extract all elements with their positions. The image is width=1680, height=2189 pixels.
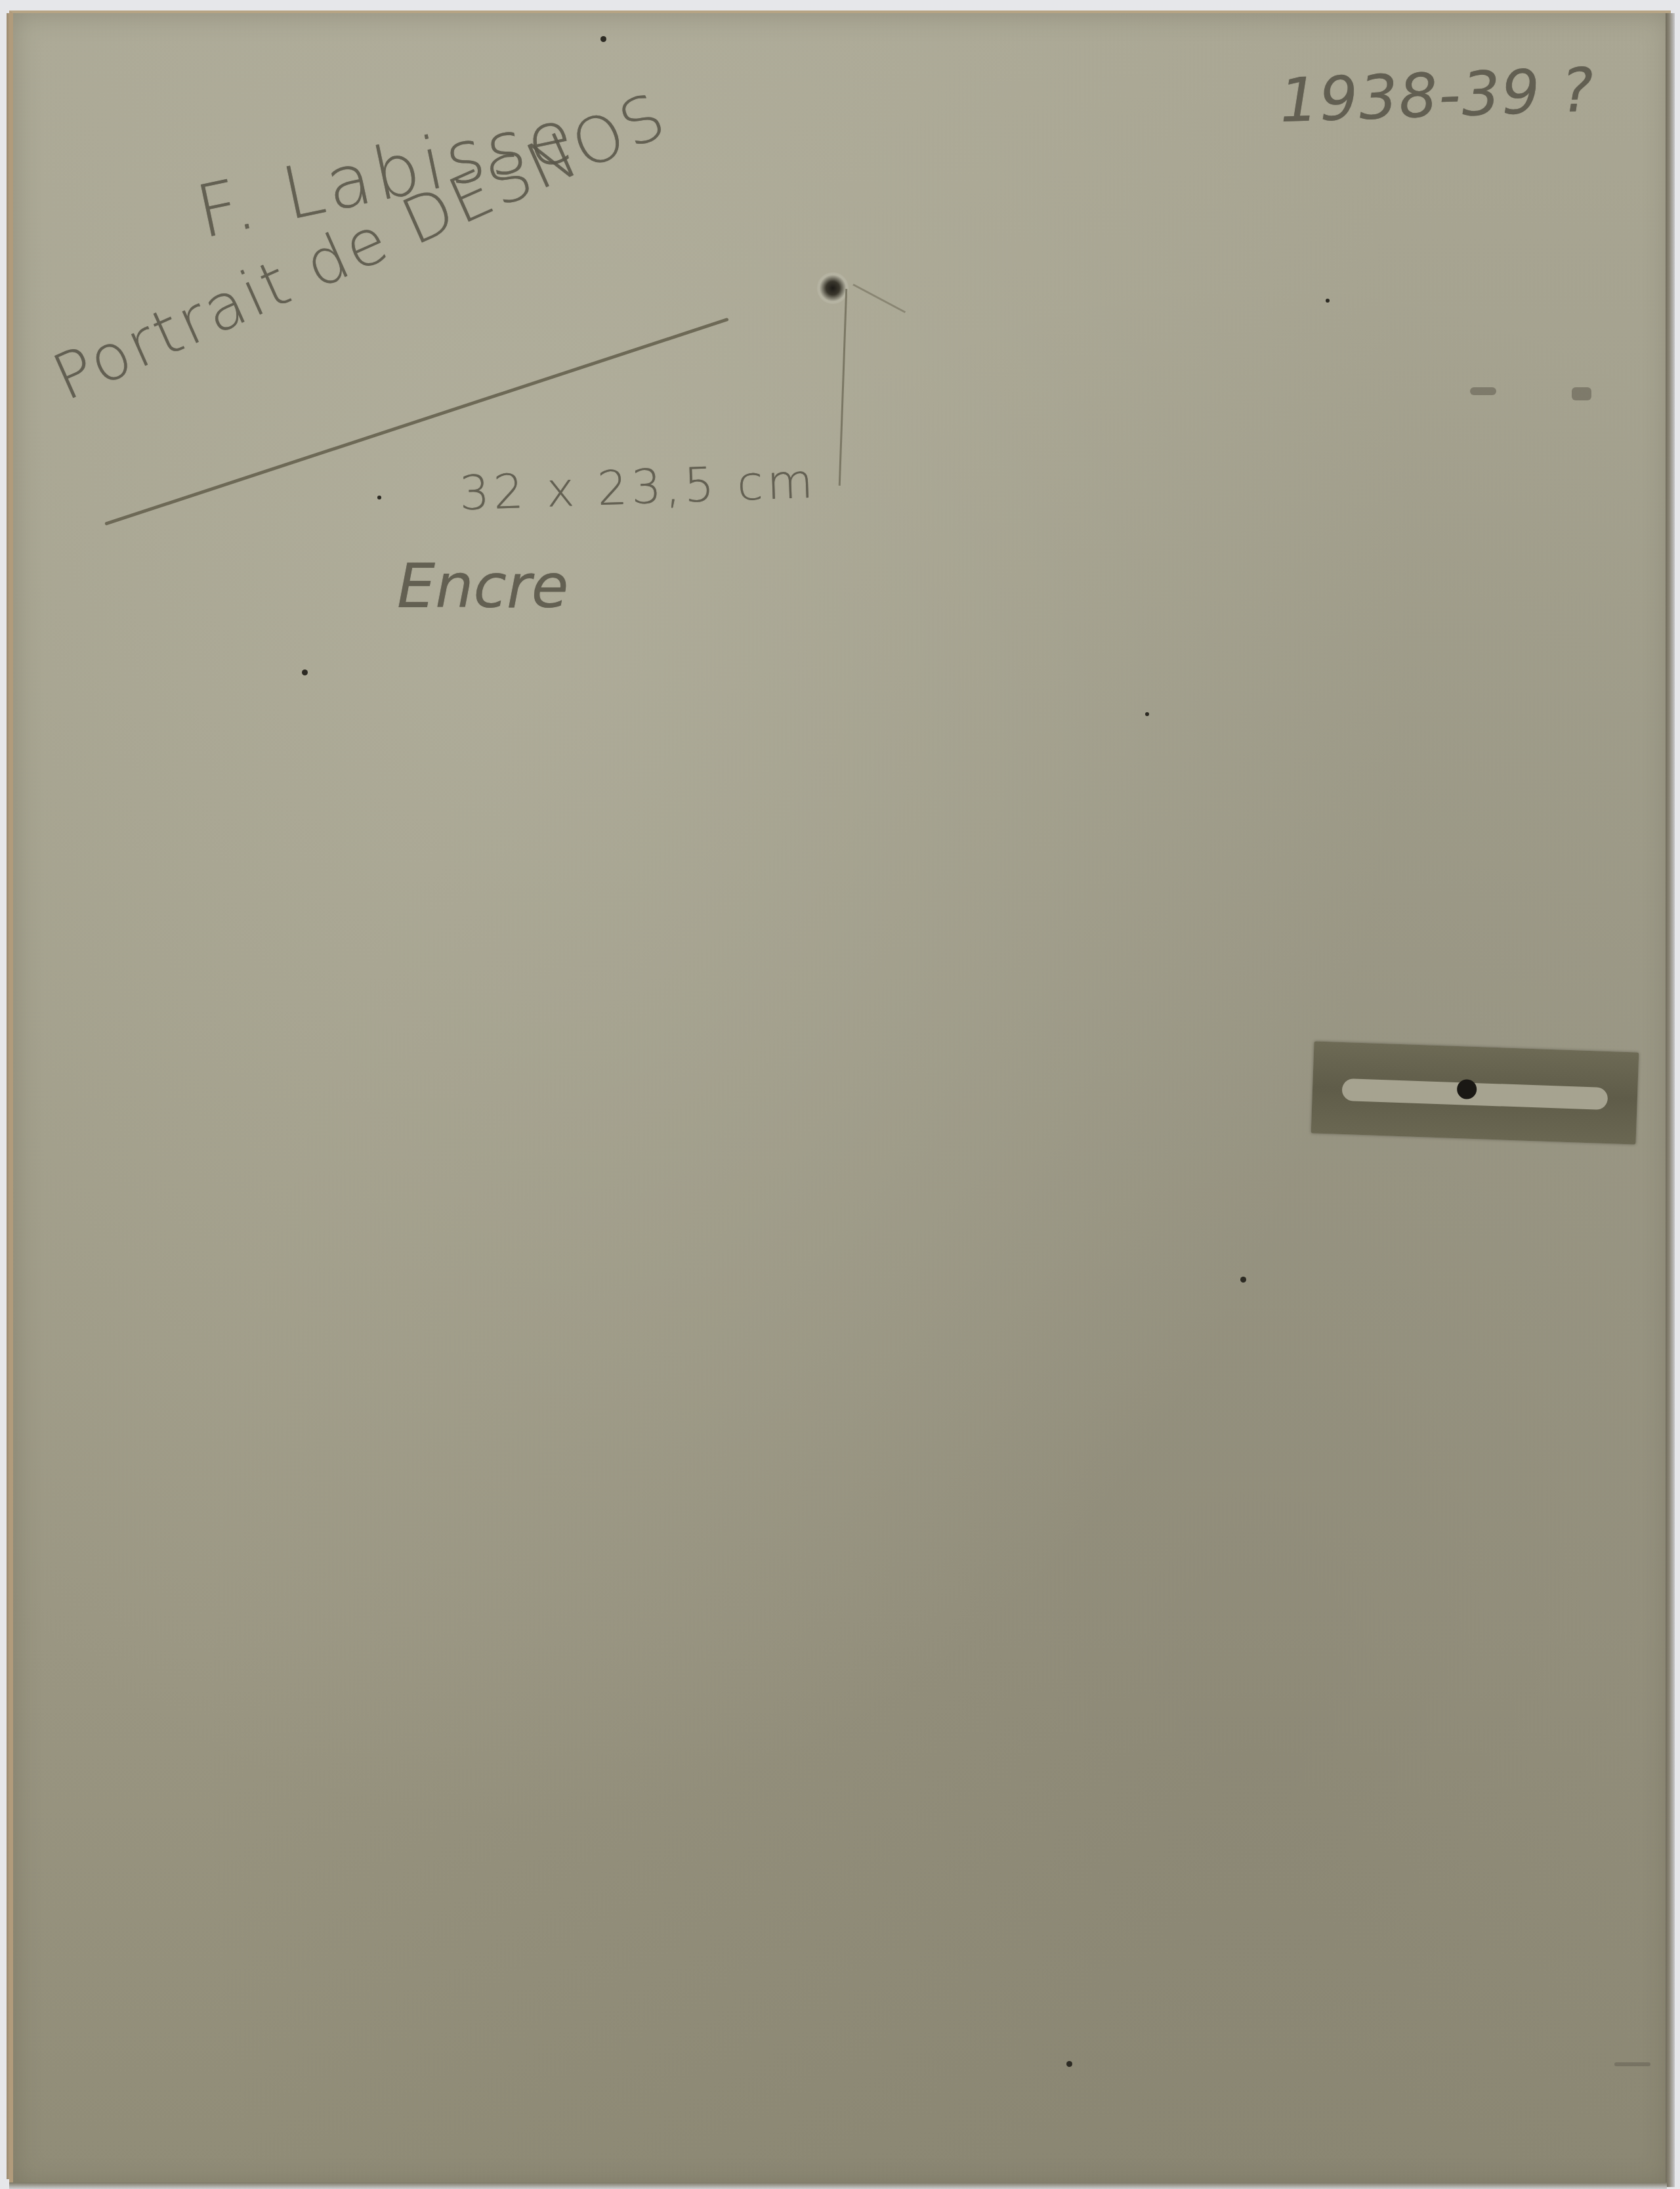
smudge bbox=[1470, 387, 1496, 395]
hanging-hole-icon bbox=[817, 272, 849, 304]
speck bbox=[1240, 1277, 1246, 1283]
speck bbox=[1145, 712, 1149, 716]
medium-annotation: Encre bbox=[397, 551, 568, 622]
date-annotation: 1938-39 ? bbox=[1278, 55, 1596, 137]
speck bbox=[302, 669, 308, 675]
speck bbox=[1326, 299, 1330, 303]
tape-strip bbox=[1311, 1041, 1639, 1144]
smudge bbox=[1614, 2062, 1650, 2066]
board-bottom-edge bbox=[9, 2182, 1667, 2189]
speck bbox=[1066, 2061, 1072, 2067]
speck bbox=[600, 36, 606, 42]
speck bbox=[377, 496, 381, 499]
smudge bbox=[1572, 387, 1591, 400]
